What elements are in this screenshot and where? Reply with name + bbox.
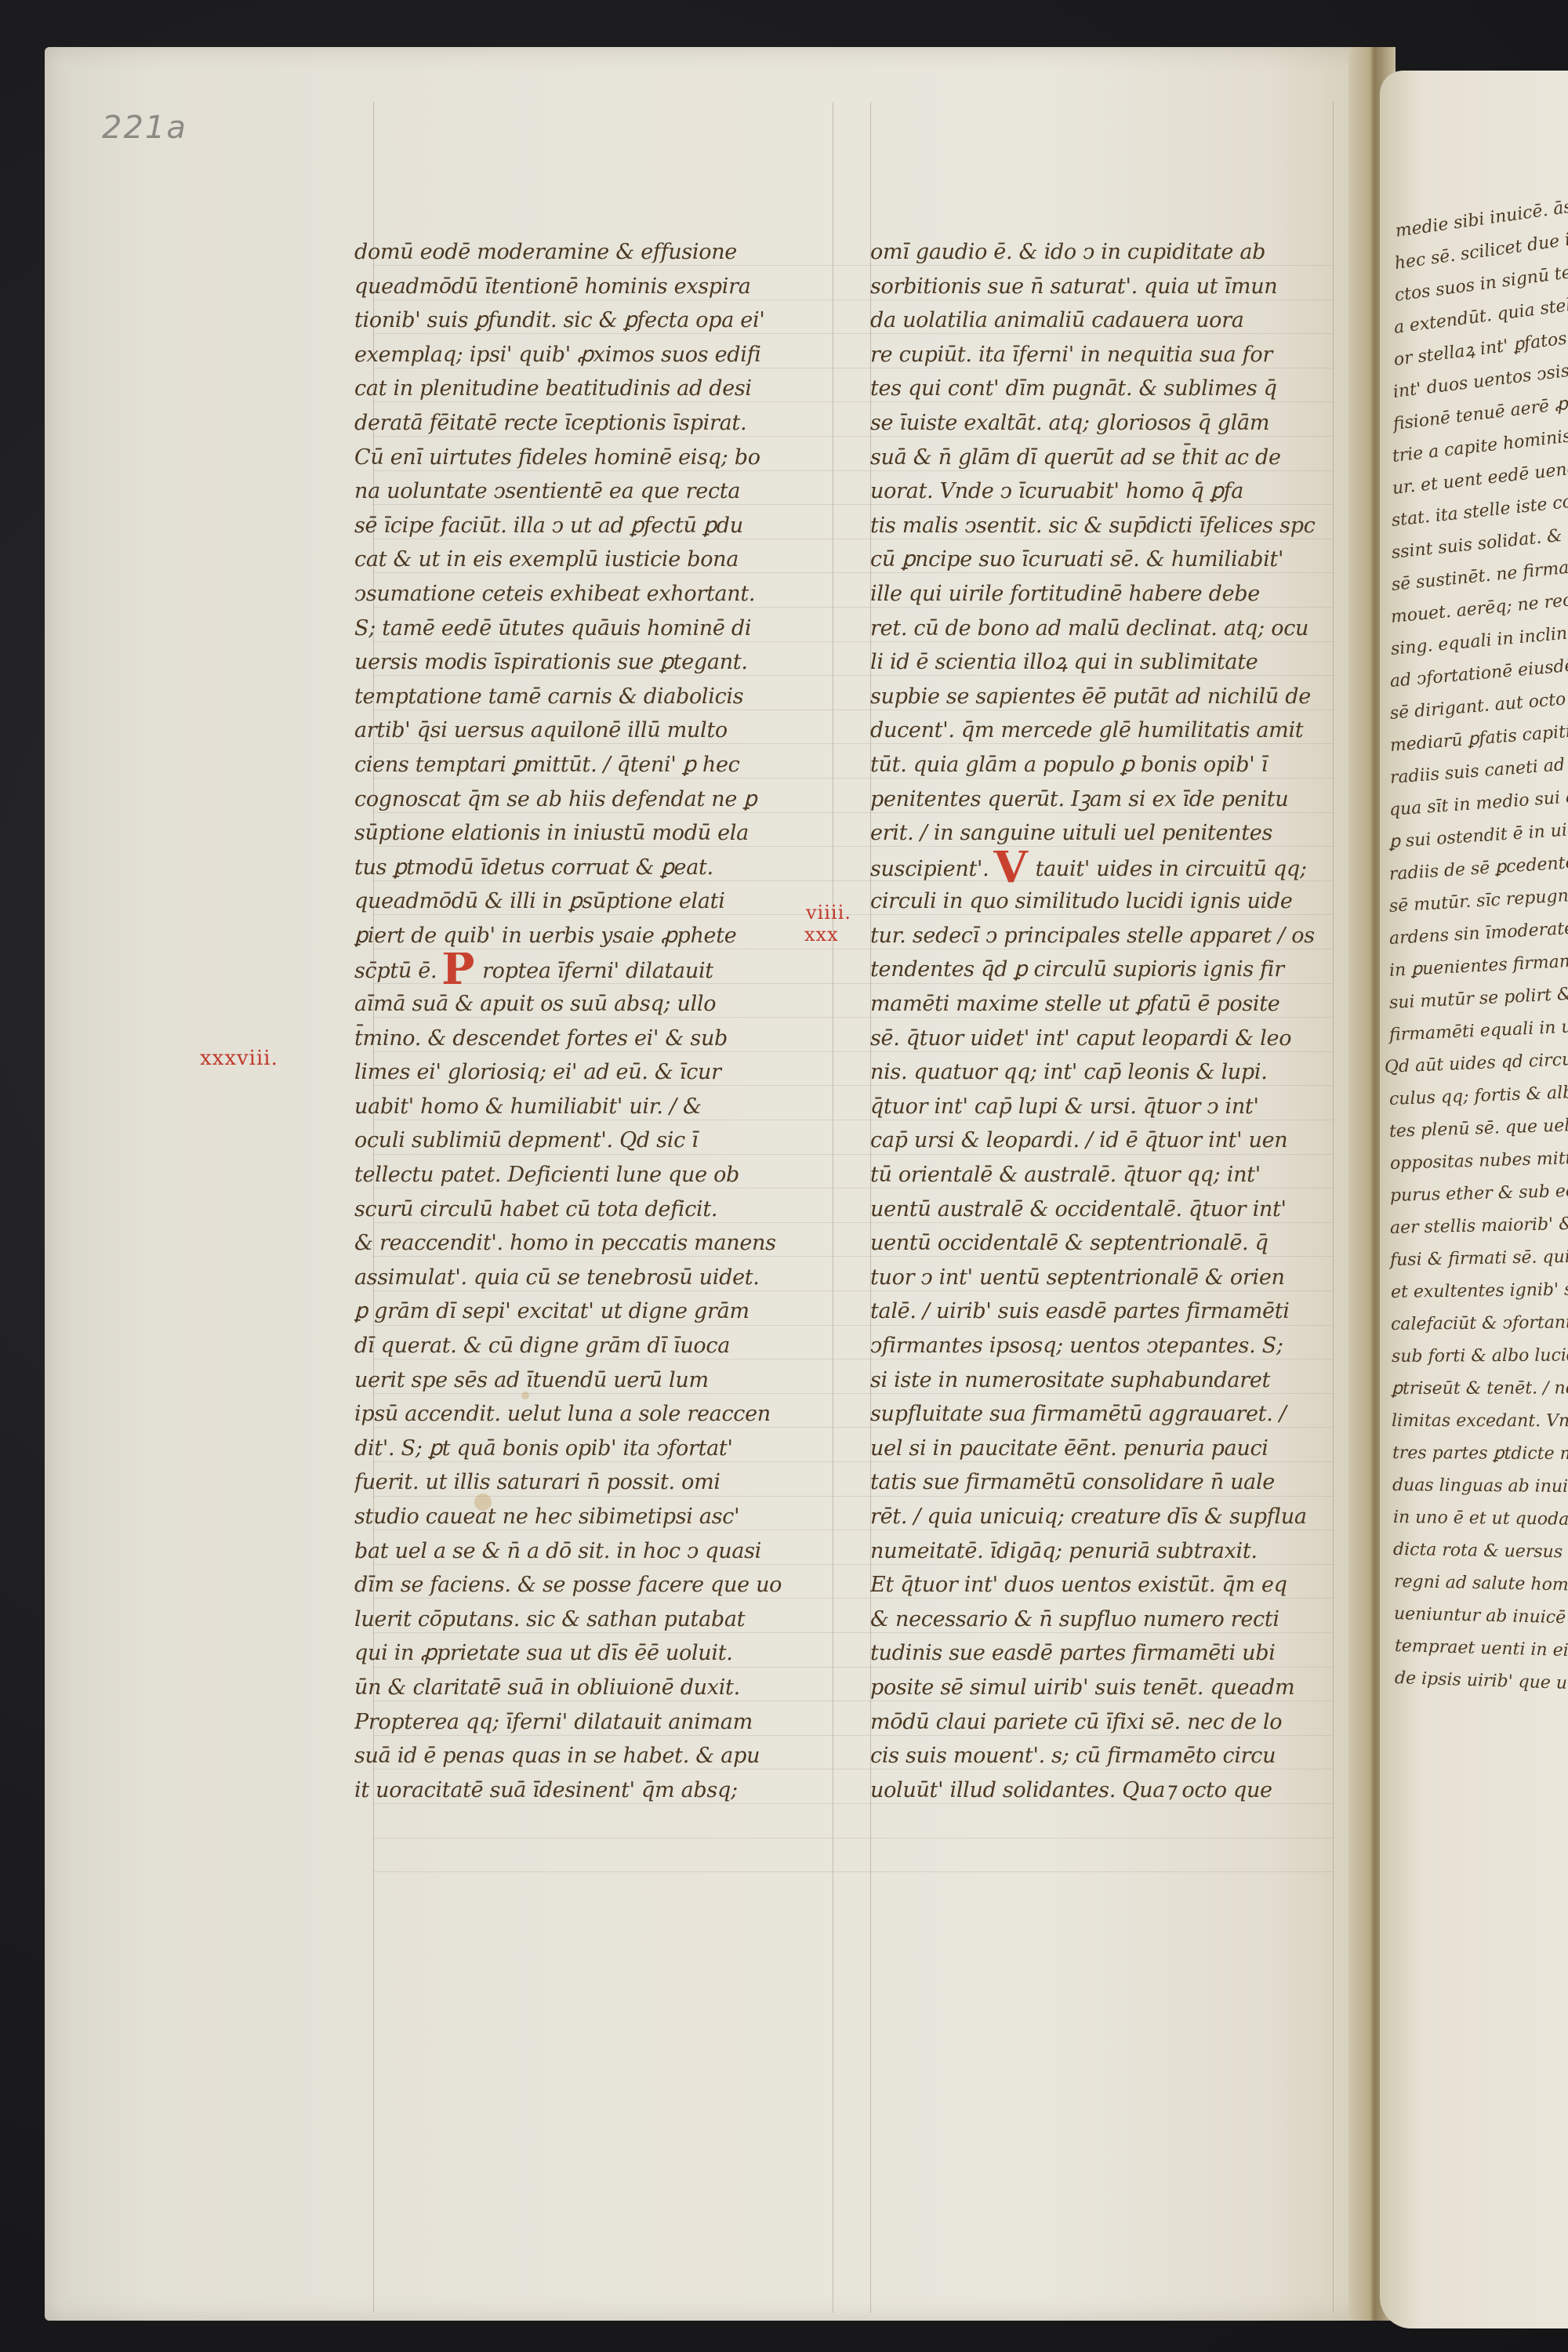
- text-line: sē īcipe faciūt. illa ↄ ut ad ꝑfectū ꝑdu: [354, 509, 825, 543]
- text-line: uentū occidentalē & septentrionalē. q̄: [870, 1226, 1356, 1261]
- text-line: aīmā suā & apuit os suū absq; ullo: [354, 987, 825, 1022]
- text-line: it uoracitatē suā īdesinent' q̄m absq;: [354, 1773, 825, 1808]
- text-column-b: omī gaudio ē. & ido ↄ in cupiditate abso…: [870, 235, 1356, 1807]
- text-line: sē. q̄tuor uidet' int' caput leopardi & …: [870, 1022, 1356, 1056]
- line-text: sc̄ptū ē.: [354, 959, 437, 983]
- text-line: da uolatilia animaliū cadauera uora: [870, 303, 1356, 338]
- folio-number: 221a: [102, 110, 187, 146]
- text-line: assimulat'. quia cū se tenebrosū uidet.: [354, 1261, 825, 1295]
- text-line: fuerit. ut illis saturari n̄ possit. omi: [354, 1465, 825, 1500]
- text-line: tempraet uenti in eisdē p: [1394, 1630, 1568, 1668]
- rubricated-initial: V: [993, 851, 1027, 885]
- text-line: tudinis sue easdē partes firmamēti ubi: [870, 1636, 1356, 1671]
- text-line: supbie se sapientes ēē putāt ad nichilū …: [870, 680, 1356, 714]
- right-page-text-column: medie sibi inuicē. āstantū stehec sē. sc…: [1396, 216, 1568, 1694]
- manuscript-leaf-right: medie sibi inuicē. āstantū stehec sē. sc…: [1380, 71, 1568, 2328]
- text-line: rēt. / quia unicuiq; creature dīs & supf…: [870, 1500, 1356, 1534]
- text-line: ūn & claritatē suā in obliuionē duxit.: [354, 1671, 825, 1705]
- text-line: re cupiūt. ita īferni' in nequitia sua f…: [870, 338, 1356, 372]
- text-line: tūt. quia glām a populo ꝑ bonis opib' ī: [870, 748, 1356, 782]
- text-line: sc̄ptū ē.Proptea īferni' dilatauit: [354, 953, 825, 987]
- text-line: na uoluntate ↄsentientē ea que recta: [354, 474, 825, 509]
- text-line: posite sē simul uirib' suis tenēt. quead…: [870, 1671, 1356, 1705]
- text-line: tendentes q̄d ꝑ circulū supioris ignis f…: [870, 953, 1356, 987]
- text-line: suā id ē penas quas in se habet. & apu: [354, 1739, 825, 1773]
- text-line: Propterea qq; īferni' dilatauit animam: [354, 1705, 825, 1740]
- text-line: uabit' homo & humiliabit' uir. / &: [354, 1090, 825, 1124]
- text-line: tes qui cont' dīm pugnāt. & sublimes q̄: [870, 372, 1356, 406]
- text-line: ille qui uirile fortitudinē habere debe: [870, 577, 1356, 612]
- text-line: suā & n̄ glām dī querūt ad se t̄hit ac d…: [870, 441, 1356, 475]
- text-line: ipsū accendit. uelut luna a sole reaccen: [354, 1397, 825, 1432]
- text-line: cat & ut in eis exemplū iusticie bona: [354, 543, 825, 577]
- text-line: cat in plenitudine beatitudinis ad desi: [354, 372, 825, 406]
- text-line: qui in ꝓprietate sua ut dīs ēē uoluit.: [354, 1636, 825, 1671]
- text-line: deratā fēitatē recte īceptionis īspirat.: [354, 406, 825, 441]
- text-line: ↄfirmantes ipsosq; uentos ↄtepantes. S;: [870, 1329, 1356, 1363]
- text-line: penitentes querūt. Iꝫam si ex īde penitu: [870, 782, 1356, 817]
- line-text: suscipient'.: [870, 857, 989, 881]
- text-line: tatis sue firmamētū consolidare n̄ uale: [870, 1465, 1356, 1500]
- text-line: mōdū claui pariete cū īfixi sē. nec de l…: [870, 1705, 1356, 1740]
- text-line: suscipient'.Vtauit' uides in circuitū qq…: [870, 851, 1356, 885]
- text-line: cap̄ ursi & leopardi. / id ē q̄tuor int'…: [870, 1123, 1356, 1158]
- text-line: ꝑtriseūt & tenēt. / ne metas a: [1392, 1372, 1568, 1405]
- text-line: t̄mino. & descendet fortes ei' & sub: [354, 1022, 825, 1056]
- text-column-a: domū eodē moderamine & effusionequeadmōd…: [354, 235, 825, 1807]
- text-line: dit'. S; ꝑt quā bonis opib' ita ↄfortat': [354, 1432, 825, 1466]
- text-line: & reaccendit'. homo in peccatis manens: [354, 1226, 825, 1261]
- text-line: erit. / in sanguine uituli uel penitente…: [870, 816, 1356, 851]
- text-line: artib' q̄si uersus aquilonē illū multo: [354, 713, 825, 748]
- text-line: q̄tuor int' cap̄ lupi & ursi. q̄tuor ↄ i…: [870, 1090, 1356, 1124]
- text-line: Et q̄tuor int' duos uentos existūt. q̄m …: [870, 1568, 1356, 1602]
- text-line: queadmōdū ītentionē hominis exspira: [354, 270, 825, 304]
- rubricated-initial: P: [441, 953, 474, 987]
- text-line: luerit cōputans. sic & sathan putabat: [354, 1602, 825, 1637]
- chapter-number-xxxviii: xxxviii.: [200, 1047, 278, 1070]
- text-line: numeitatē. īdigāq; penuriā subtraxit.: [870, 1534, 1356, 1569]
- text-line: ↄsumatione ceteis exhibeat exhortant.: [354, 577, 825, 612]
- stain: [474, 1494, 492, 1511]
- text-line: cū ꝑncipe suo īcuruati sē. & humiliabit': [870, 543, 1356, 577]
- text-line: omī gaudio ē. & ido ↄ in cupiditate ab: [870, 235, 1356, 270]
- text-line: sūptione elationis in iniustū modū ela: [354, 816, 825, 851]
- text-line: se īuiste exaltāt. atq; gloriosos q̄ glā…: [870, 406, 1356, 441]
- text-line: sub forti & albo lucidoq; aer: [1391, 1339, 1568, 1373]
- text-line: ret. cū de bono ad malū declinat. atq; o…: [870, 612, 1356, 646]
- text-line: dicta rota & uersus eand: [1393, 1534, 1568, 1569]
- text-line: tellectu patet. Deficienti lune que ob: [354, 1158, 825, 1192]
- text-line: temptatione tamē carnis & diabolicis: [354, 680, 825, 714]
- text-line: supfluitate sua firmamētū aggrauaret. /: [870, 1397, 1356, 1432]
- text-line: mamēti maxime stelle ut ꝑfatū ē posite: [870, 987, 1356, 1022]
- text-line: de ipsis uirib' que ue: [1395, 1662, 1568, 1700]
- text-line: in uno ē et ut quoda: [1393, 1501, 1568, 1536]
- text-line: ꝑiert de quib' in uerbis ysaie ꝓphete: [354, 919, 825, 953]
- ruling-line: [373, 1871, 1333, 1872]
- text-line: uentū australē & occidentalē. q̄tuor int…: [870, 1192, 1356, 1227]
- text-line: li id ē scientia illoꝝ qui in sublimitat…: [870, 645, 1356, 680]
- stain: [521, 1392, 529, 1399]
- text-line: aer stellis maiorib' & minor: [1390, 1207, 1568, 1244]
- text-line: uel si in paucitate ēēnt. penuria pauci: [870, 1432, 1356, 1466]
- text-line: limes ei' gloriosiq; ei' ad eū. & īcur: [354, 1055, 825, 1090]
- text-line: & necessario & n̄ supfluo numero recti: [870, 1602, 1356, 1637]
- line-text: tauit' uides in circuitū qq;: [1036, 857, 1307, 881]
- ruling-line: [833, 102, 833, 2313]
- text-line: talē. / uirib' suis easdē partes firmamē…: [870, 1294, 1356, 1329]
- text-line: studio caueat ne hec sibimetipsi asc': [354, 1500, 825, 1534]
- text-line: ꝑ grām dī sepi' excitat' ut digne grām: [354, 1294, 825, 1329]
- text-line: uoluūt' illud solidantes. Qua⁊ octo que: [870, 1773, 1356, 1808]
- text-line: et exultentes ignib' suis toti: [1391, 1273, 1568, 1308]
- text-line: nis. quatuor qq; int' cap̄ leonis & lupi…: [870, 1055, 1356, 1090]
- text-line: tis malis ↄsentit. sic & sup̄dicti īfeli…: [870, 509, 1356, 543]
- text-line: cis suis mouent'. s; cū firmamēto circu: [870, 1739, 1356, 1773]
- text-line: cognoscat q̄m se ab hiis defendat ne ꝑ: [354, 782, 825, 817]
- text-line: sorbitionis sue n̄ saturat'. quia ut īmu…: [870, 270, 1356, 304]
- text-line: domū eodē moderamine & effusione: [354, 235, 825, 270]
- text-line: dīm se faciens. & se posse facere que uo: [354, 1568, 825, 1602]
- text-line: oculi sublimiū depment'. Qd sic ī: [354, 1123, 825, 1158]
- text-line: limitas excedant. Vnde e: [1392, 1405, 1568, 1437]
- text-line: purus ether & sub eo fortis &: [1389, 1174, 1568, 1212]
- text-line: exemplaq; ipsi' quib' ꝓximos suos edifi: [354, 338, 825, 372]
- text-line: tuor ↄ int' uentū septentrionalē & orien: [870, 1261, 1356, 1295]
- text-line: ueniuntur ab inuicē disiun: [1394, 1598, 1568, 1635]
- text-line: tes plenū sē. que uelut fulgore: [1389, 1109, 1568, 1148]
- text-line: regni ad salute homin: [1393, 1566, 1568, 1602]
- ruling-line: [373, 1838, 1333, 1838]
- text-line: Cū enī uirtutes fideles hominē eisq; bo: [354, 441, 825, 475]
- text-line: tres partes ꝑtdicte magn: [1392, 1437, 1568, 1470]
- text-line: calefaciūt & ↄfortant. radij: [1391, 1306, 1568, 1341]
- text-line: oppositas nubes mittūt. / hoc: [1389, 1142, 1568, 1180]
- text-line: fusi & firmati sē. quia in nu: [1390, 1240, 1568, 1276]
- text-line: tus ꝑtmodū īdetus corruat & ꝑeat.: [354, 851, 825, 885]
- line-text: roptea īferni' dilatauit: [482, 959, 713, 983]
- text-line: scurū circulū habet cū tota deficit.: [354, 1192, 825, 1227]
- text-line: bat uel a se & n̄ a dō sit. in hoc ↄ qua…: [354, 1534, 825, 1569]
- text-line: uersis modis īspirationis sue ꝑtegant.: [354, 645, 825, 680]
- text-line: S; tamē eedē ūtutes quāuis hominē di: [354, 612, 825, 646]
- text-line: ciens temptari ꝑmittūt. / q̄teni' ꝑ hec: [354, 748, 825, 782]
- text-line: ducent'. q̄m mercede glē humilitatis ami…: [870, 713, 1356, 748]
- text-line: si iste in numerositate suphabundaret: [870, 1363, 1356, 1398]
- text-line: tur. sedecī ↄ principales stelle apparet…: [870, 919, 1356, 953]
- text-line: tū orientalē & australē. q̄tuor qq; int': [870, 1158, 1356, 1192]
- text-line: circuli in quo similitudo lucidi ignis u…: [870, 884, 1356, 919]
- text-line: queadmōdū & illi in ꝑsūptione elati: [354, 884, 825, 919]
- text-line: uorat. Vnde ↄ īcuruabit' homo q̄ ꝑfa: [870, 474, 1356, 509]
- text-line: uerit spe sēs ad ītuendū uerū lum: [354, 1363, 825, 1398]
- text-line: duas linguas ab inuicē ꝑs: [1392, 1469, 1568, 1503]
- text-line: tionib' suis ꝑfundit. sic & ꝑfecta opa e…: [354, 303, 825, 338]
- text-line: dī querat. & cū digne grām dī īuoca: [354, 1329, 825, 1363]
